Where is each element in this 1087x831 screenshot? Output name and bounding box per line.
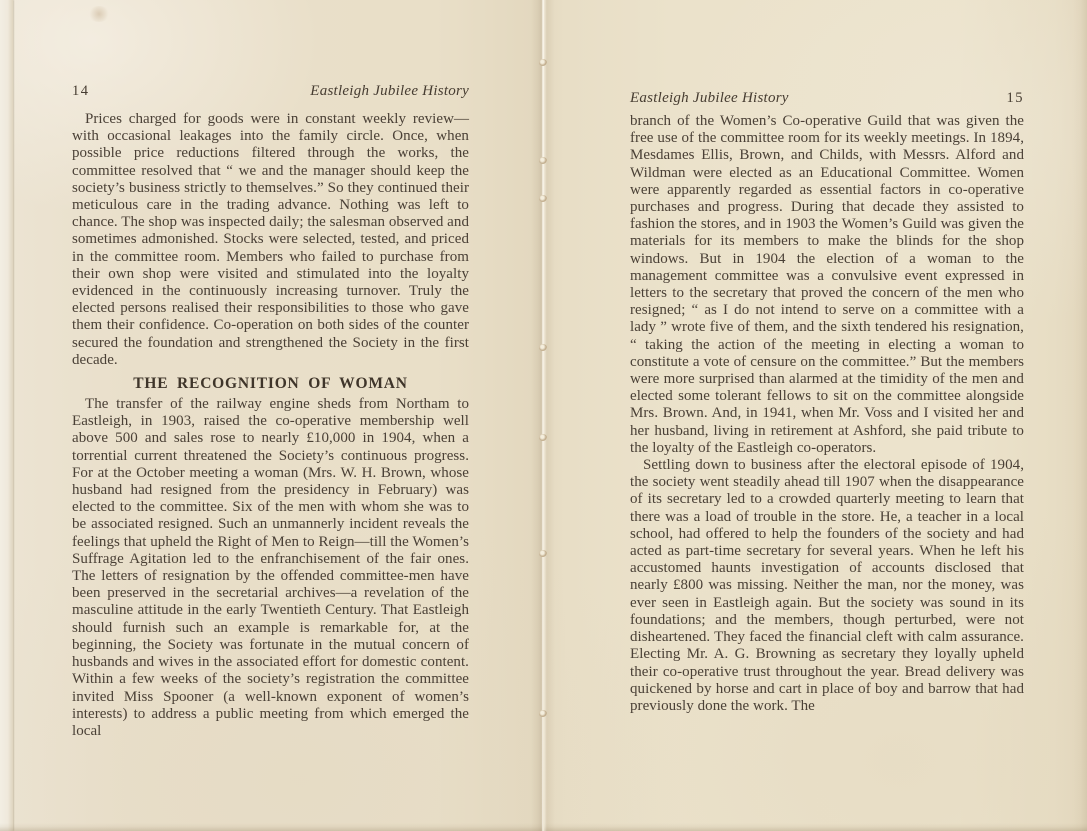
stitch-hole [539,550,547,557]
page-number-right: 15 [1007,90,1025,107]
running-header-right: Eastleigh Jubilee History [630,90,789,107]
page-number-left: 14 [72,83,90,100]
page-edge-right [1073,0,1087,831]
page-edge-left [0,0,13,831]
section-heading-recognition-of-woman: THE RECOGNITION OF WOMAN [72,375,469,393]
stitch-hole [539,195,547,202]
gutter-crease [543,0,544,831]
book-gutter [531,0,555,831]
page-right: Eastleigh Jubilee History 15 branch of t… [630,90,1024,715]
left-page-header: 14 Eastleigh Jubilee History [72,83,469,100]
page-edge-bottom [0,823,1087,831]
paragraph-prices-charged: Prices charged for goods were in constan… [72,111,469,369]
running-header-left: Eastleigh Jubilee History [310,83,469,100]
right-page-header: Eastleigh Jubilee History 15 [630,90,1024,107]
paragraph-transfer-of-railway-sheds: The transfer of the railway engine sheds… [72,396,469,740]
paragraph-settling-down-to-business: Settling down to business after the elec… [630,457,1024,715]
paragraph-womens-guild-continuation: branch of the Women’s Co-operative Guild… [630,113,1024,457]
page-left: 14 Eastleigh Jubilee History Prices char… [72,83,469,740]
paper-stain [88,6,110,22]
stitch-hole [539,710,547,717]
stitch-hole [539,434,547,441]
stitch-hole [539,59,547,66]
stitch-hole [539,157,547,164]
stitch-hole [539,344,547,351]
